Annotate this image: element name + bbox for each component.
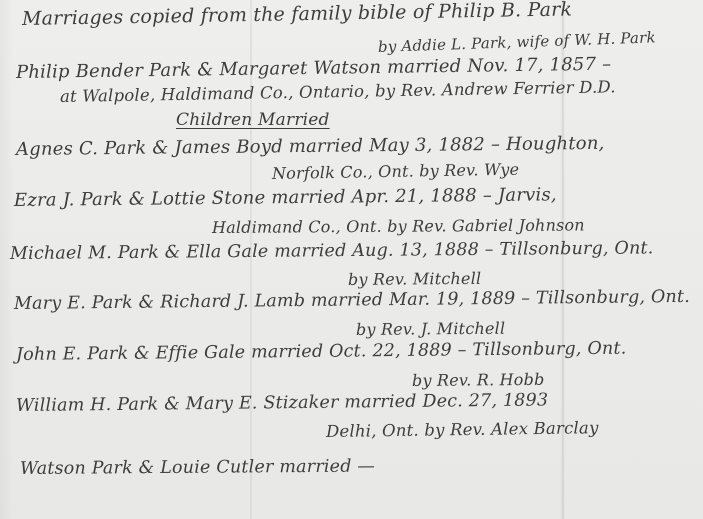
- marriage-entry-line-1: Mary E. Park & Richard J. Lamb married M…: [14, 287, 690, 314]
- document-attribution: by Addie L. Park, wife of W. H. Park: [378, 28, 656, 56]
- marriage-entry-line-2: Haldimand Co., Ont. by Rev. Gabriel John…: [212, 215, 585, 237]
- marriage-entry-line-2: by Rev. J. Mitchell: [356, 319, 505, 339]
- section-heading-children-married: Children Married: [176, 110, 330, 130]
- marriage-entry-line-1: John E. Park & Effie Gale married Oct. 2…: [16, 339, 627, 365]
- marriage-entry-line-1: Ezra J. Park & Lottie Stone married Apr.…: [14, 184, 557, 211]
- parents-marriage-line-2: at Walpole, Haldimand Co., Ontario, by R…: [60, 77, 616, 106]
- marriage-entry-line-1: Agnes C. Park & James Boyd married May 3…: [16, 133, 605, 160]
- marriage-entry-line-2: by Rev. R. Hobb: [412, 370, 545, 390]
- marriage-entry-line-1: Watson Park & Louie Cutler married —: [20, 457, 375, 479]
- document-title: Marriages copied from the family bible o…: [22, 0, 573, 30]
- marriage-entry-line-2: Delhi, Ont. by Rev. Alex Barclay: [326, 418, 599, 441]
- marriage-entry-line-1: Michael M. Park & Ella Gale married Aug.…: [10, 238, 654, 264]
- marriage-entry-line-1: William H. Park & Mary E. Stizaker marri…: [16, 390, 548, 416]
- handwritten-document-page: Marriages copied from the family bible o…: [0, 0, 703, 519]
- marriage-entry-line-2: Norfolk Co., Ont. by Rev. Wye: [272, 160, 520, 183]
- marriage-entry-line-2: by Rev. Mitchell: [348, 269, 481, 289]
